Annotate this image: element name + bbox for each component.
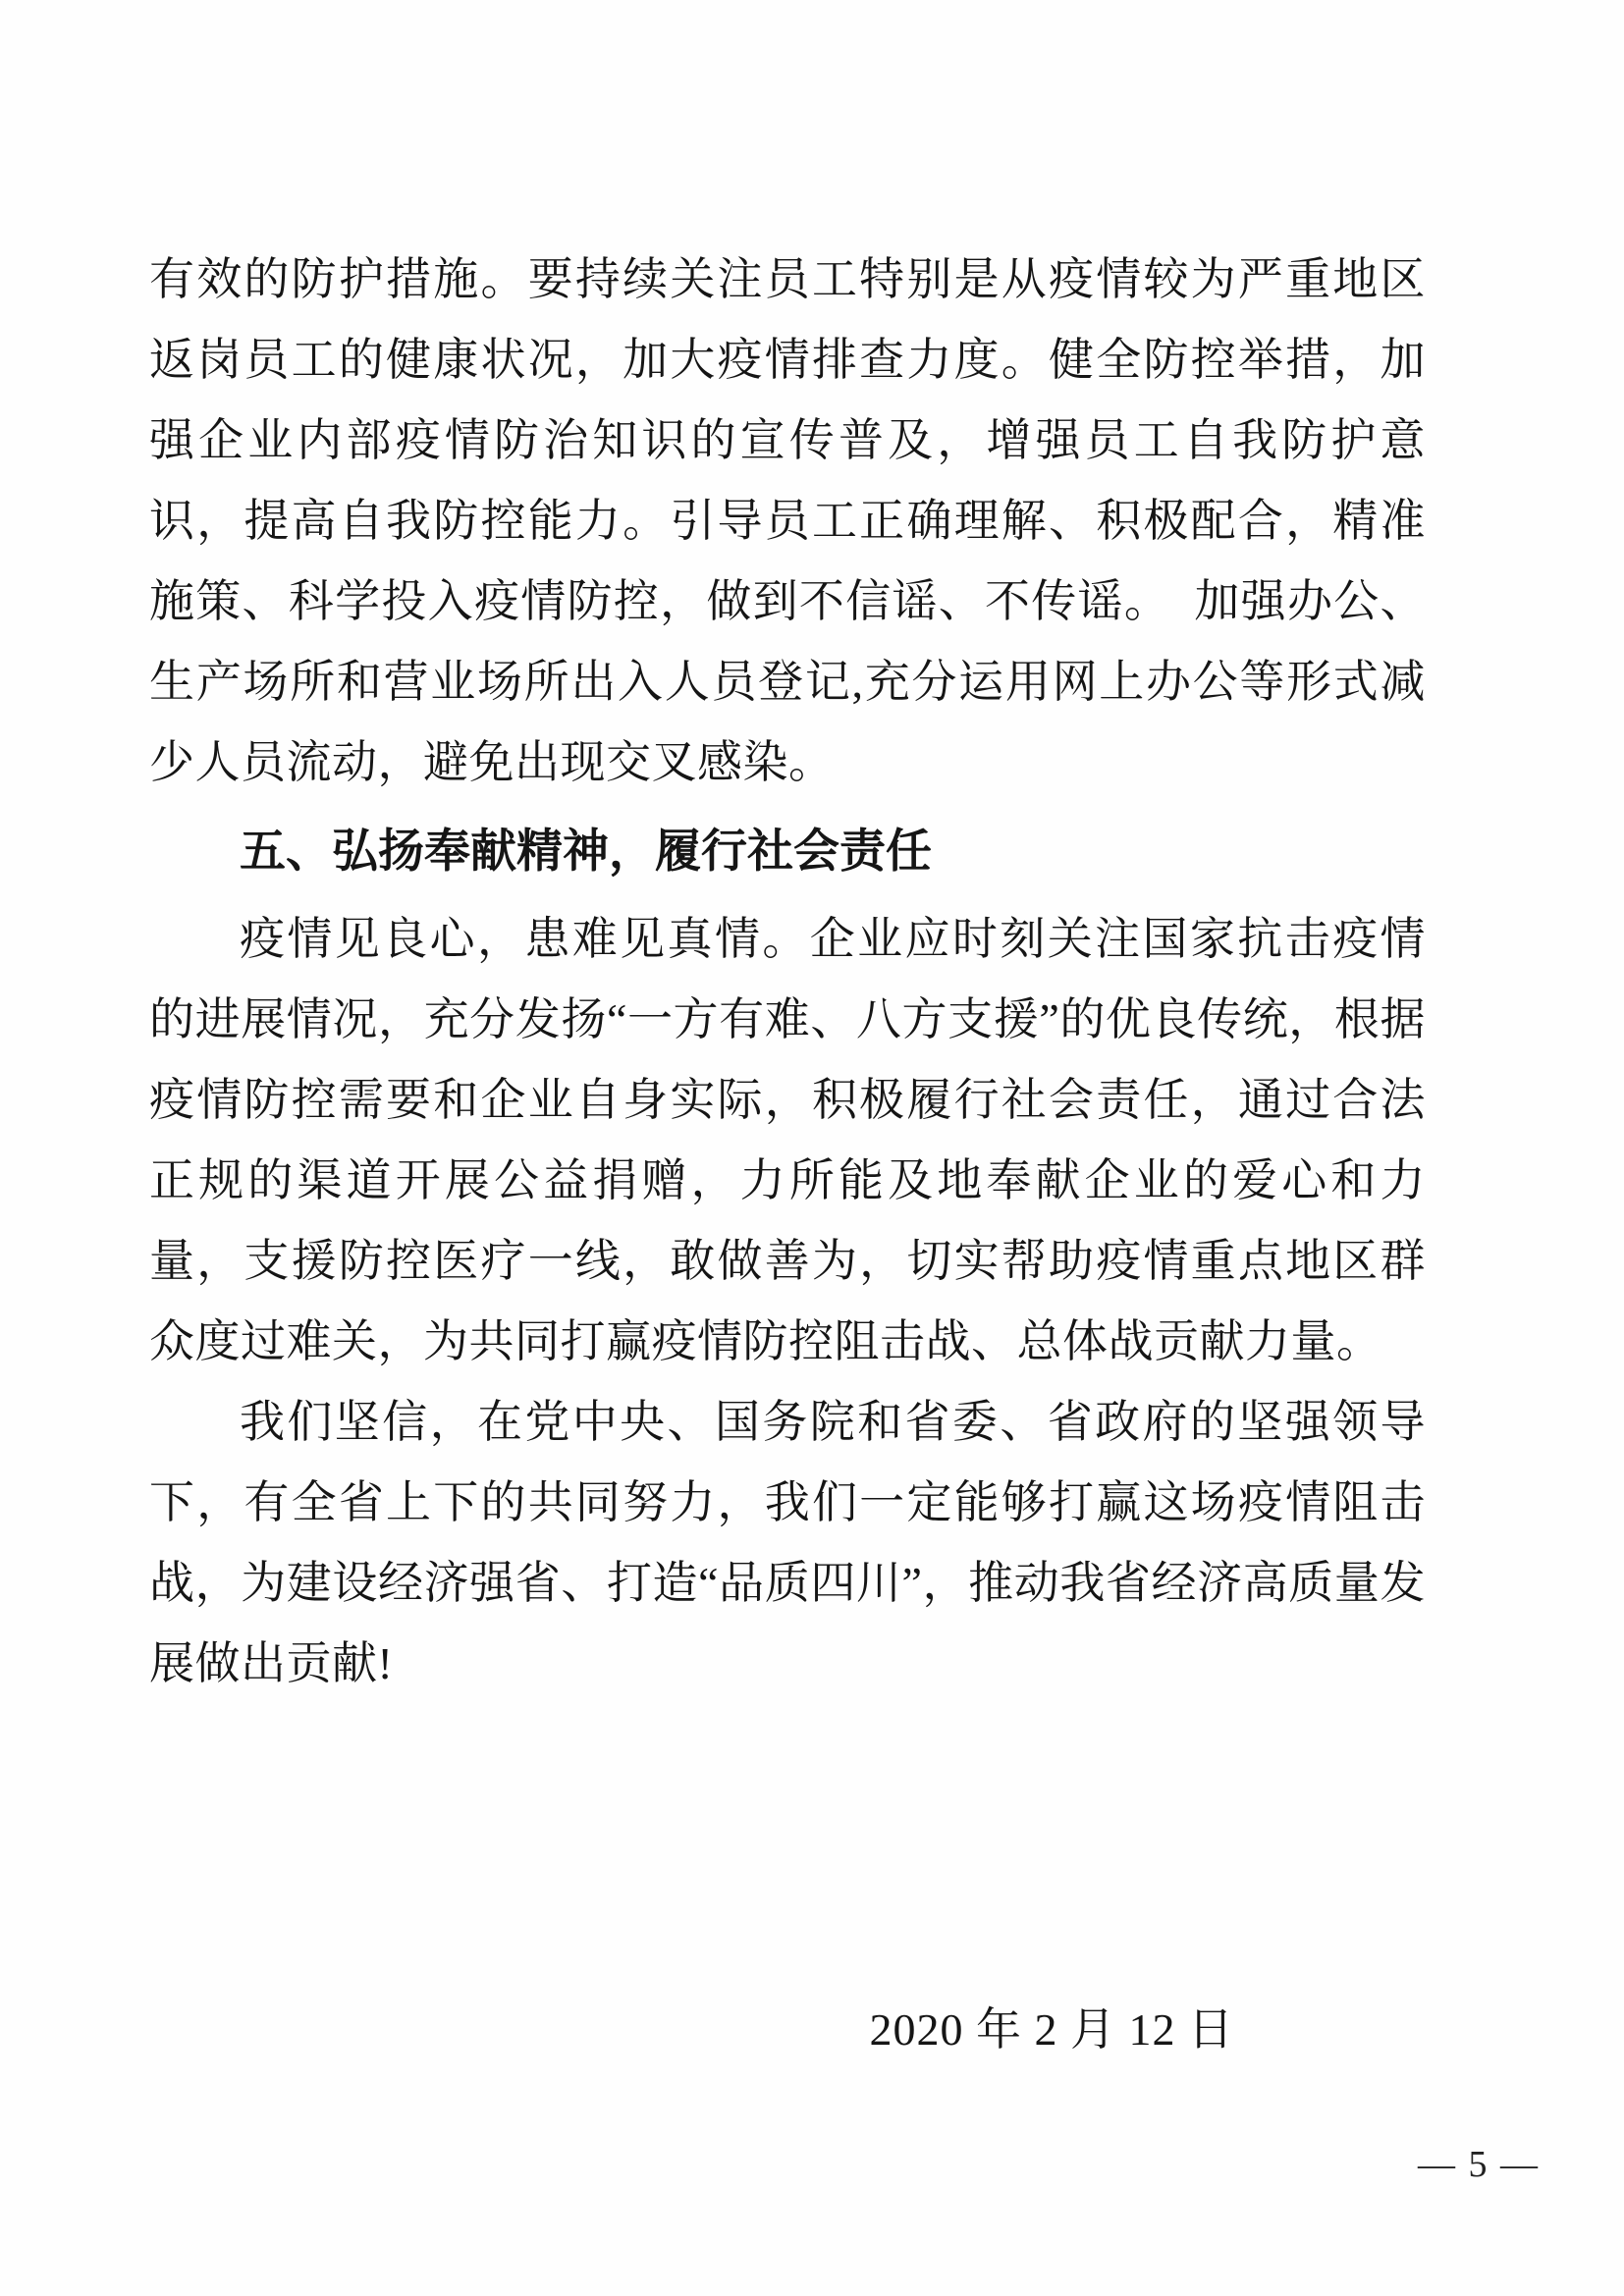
document-page: 有效的防护措施。要持续关注员工特别是从疫情较为严重地区返岗员工的健康状况，加大疫… — [0, 0, 1624, 2296]
page-number: — 5 — — [1418, 2143, 1540, 2186]
document-date: 2020 年 2 月 12 日 — [149, 1999, 1426, 2061]
paragraph-continuation: 有效的防护措施。要持续关注员工特别是从疫情较为严重地区返岗员工的健康状况，加大疫… — [149, 240, 1426, 803]
document-body: 有效的防护措施。要持续关注员工特别是从疫情较为严重地区返岗员工的健康状况，加大疫… — [149, 240, 1426, 2061]
paragraph-social-responsibility: 疫情见良心，患难见真情。企业应时刻关注国家抗击疫情的进展情况，充分发扬“一方有难… — [149, 899, 1426, 1382]
section-heading-five: 五、弘扬奉献精神，履行社会责任 — [149, 811, 1426, 891]
paragraph-closing: 我们坚信，在党中央、国务院和省委、省政府的坚强领导下，有全省上下的共同努力，我们… — [149, 1382, 1426, 1704]
